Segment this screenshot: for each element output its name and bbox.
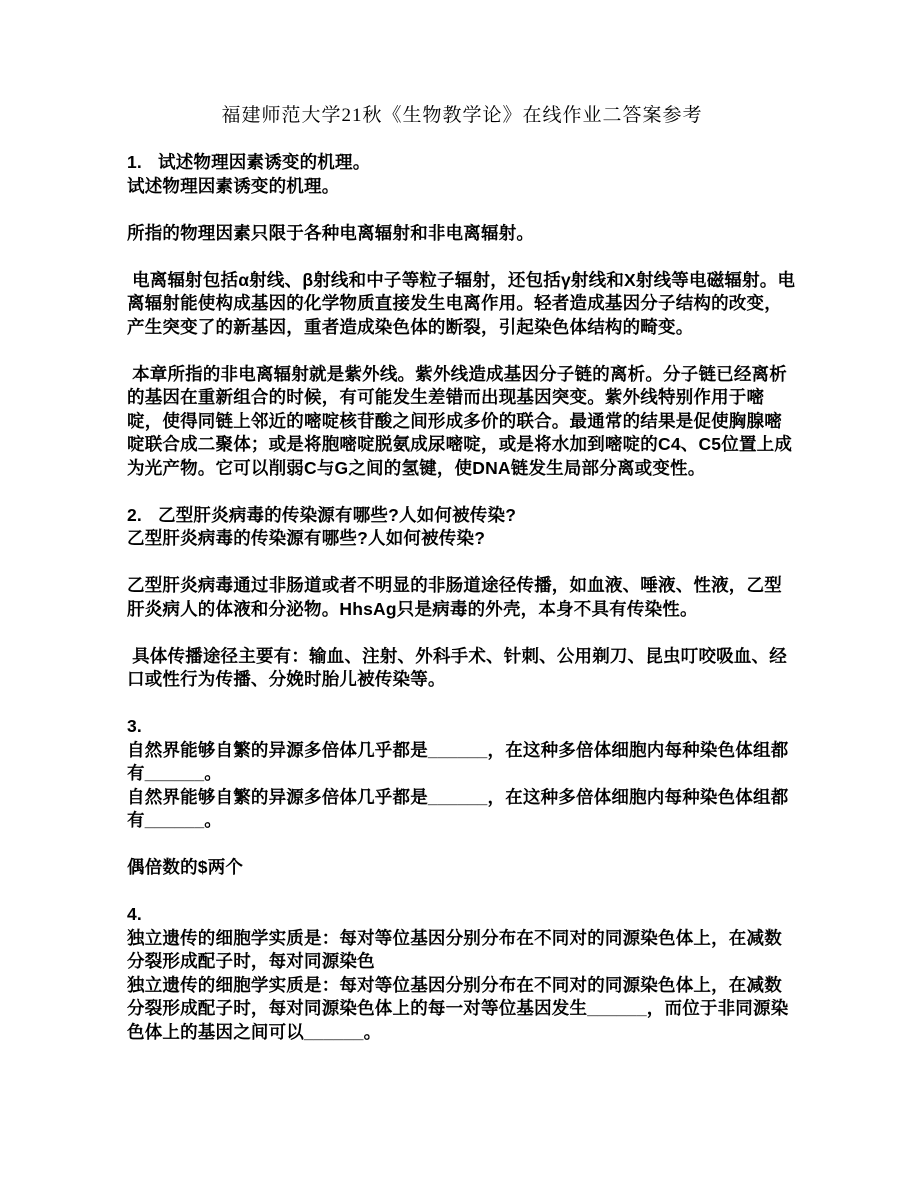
document-title: 福建师范大学21秋《生物教学论》在线作业二答案参考: [127, 104, 797, 128]
question-number: 4.: [127, 903, 797, 927]
answer-paragraph: 本章所指的非电离辐射就是紫外线。紫外线造成基因分子链的离析。分子链已经离析的基因…: [127, 363, 797, 481]
question-line: 1.试述物理因素诱变的机理。: [127, 151, 797, 175]
answer-paragraph: 电离辐射包括α射线、β射线和中子等粒子辐射，还包括γ射线和X射线等电磁辐射。电离…: [127, 269, 797, 340]
question-text: 试述物理因素诱变的机理。: [158, 152, 370, 172]
question-number: 2.: [127, 505, 142, 525]
question-line: 2.乙型肝炎病毒的传染源有哪些?人如何被传染?: [127, 504, 797, 528]
question-text: 自然界能够自繁的异源多倍体几乎都是______，在这种多倍体细胞内每种染色体组都…: [127, 739, 797, 786]
question-text: 独立遗传的细胞学实质是：每对等位基因分别分布在不同对的同源染色体上，在减数分裂形…: [127, 927, 797, 974]
question-number: 3.: [127, 715, 797, 739]
answer-paragraph: 乙型肝炎病毒通过非肠道或者不明显的非肠道途径传播，如血液、唾液、性液，乙型肝炎病…: [127, 574, 797, 621]
question-repeat: 乙型肝炎病毒的传染源有哪些?人如何被传染?: [127, 527, 797, 551]
answer-paragraph: 所指的物理因素只限于各种电离辐射和非电离辐射。: [127, 222, 797, 246]
document-page: 福建师范大学21秋《生物教学论》在线作业二答案参考 1.试述物理因素诱变的机理。…: [0, 0, 920, 1191]
question-repeat: 试述物理因素诱变的机理。: [127, 175, 797, 199]
qa-section-2: 2.乙型肝炎病毒的传染源有哪些?人如何被传染? 乙型肝炎病毒的传染源有哪些?人如…: [127, 504, 797, 692]
answer-paragraph: 具体传播途径主要有：输血、注射、外科手术、针刺、公用剃刀、昆虫叮咬吸血、经口或性…: [127, 645, 797, 692]
qa-section-3: 3. 自然界能够自繁的异源多倍体几乎都是______，在这种多倍体细胞内每种染色…: [127, 715, 797, 880]
question-repeat: 自然界能够自繁的异源多倍体几乎都是______，在这种多倍体细胞内每种染色体组都…: [127, 786, 797, 833]
qa-section-4: 4. 独立遗传的细胞学实质是：每对等位基因分别分布在不同对的同源染色体上，在减数…: [127, 903, 797, 1044]
qa-section-1: 1.试述物理因素诱变的机理。 试述物理因素诱变的机理。 所指的物理因素只限于各种…: [127, 151, 797, 480]
question-repeat: 独立遗传的细胞学实质是：每对等位基因分别分布在不同对的同源染色体上，在减数分裂形…: [127, 974, 797, 1045]
question-text: 乙型肝炎病毒的传染源有哪些?人如何被传染?: [158, 505, 516, 525]
question-number: 1.: [127, 152, 142, 172]
answer-paragraph: 偶倍数的$两个: [127, 856, 797, 880]
